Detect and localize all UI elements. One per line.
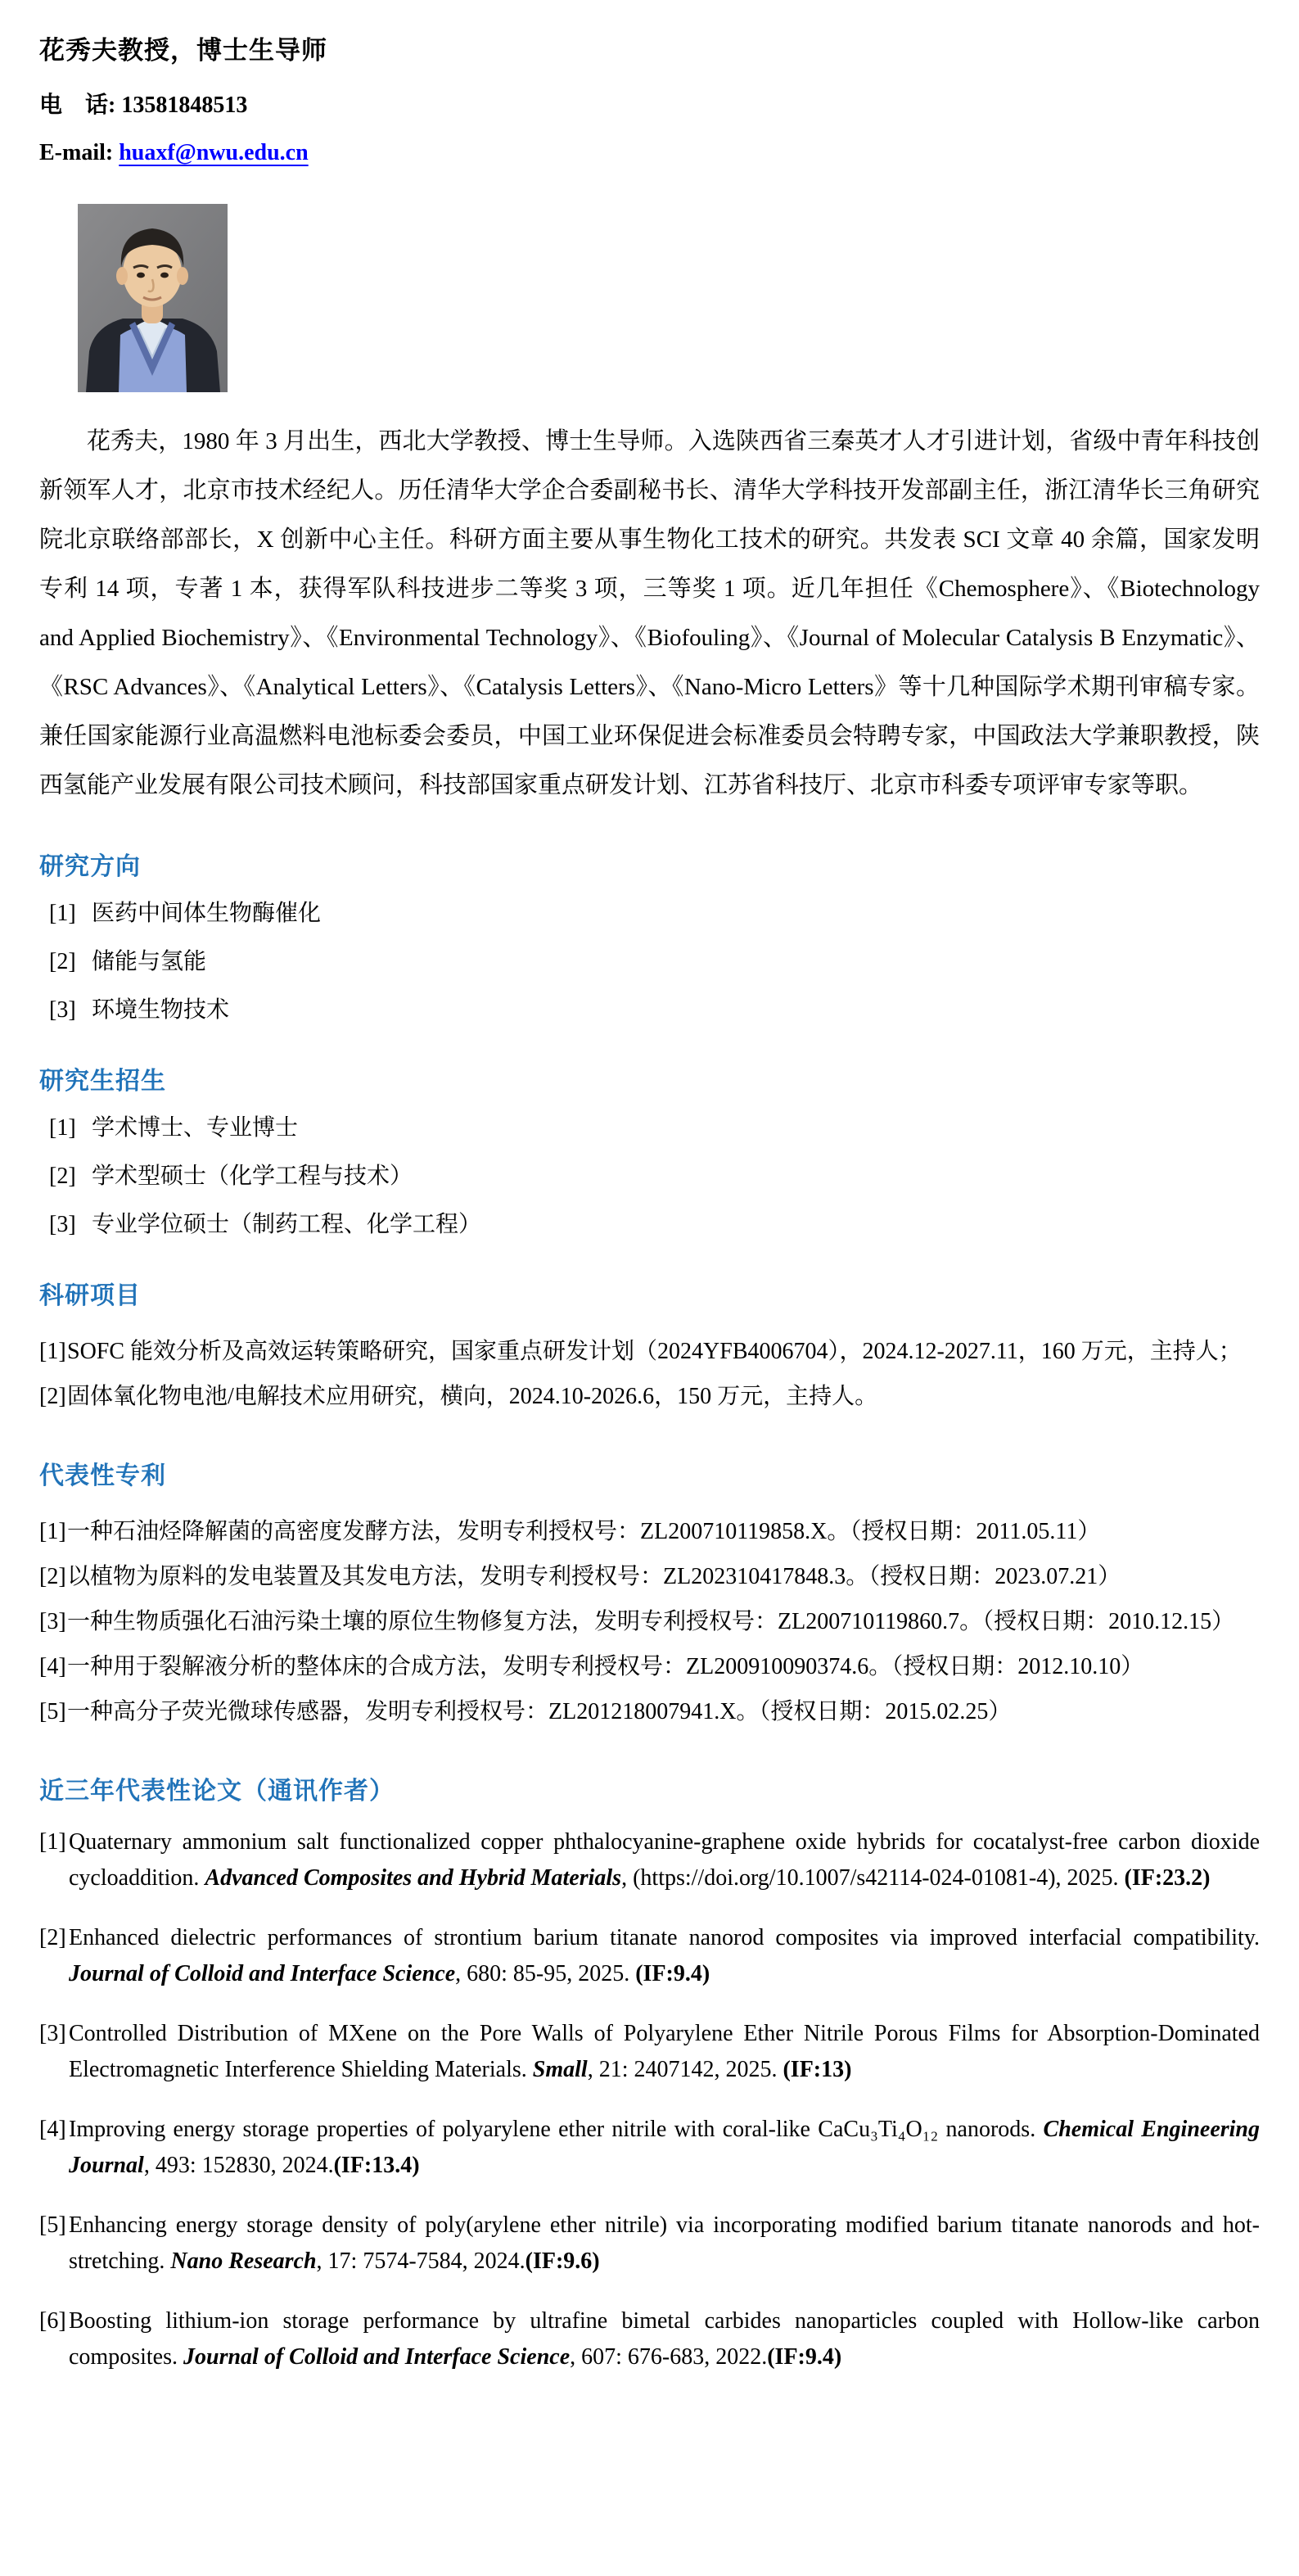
- paper-citation: Controlled Distribution of MXene on the …: [69, 2016, 1260, 2088]
- paper-segment: , 493: 152830, 2024.: [144, 2153, 334, 2178]
- item-text: 一种用于裂解液分析的整体床的合成方法，发明专利授权号：ZL20091009037…: [67, 1644, 1260, 1689]
- paper-segment: , 680: 85-95, 2025.: [455, 1961, 635, 1986]
- item-number: [3]: [49, 1211, 92, 1239]
- list-item: [4] 一种用于裂解液分析的整体床的合成方法，发明专利授权号：ZL2009100…: [39, 1644, 1260, 1689]
- item-number: [1]: [39, 1509, 67, 1554]
- patents-list: [1] 一种石油烃降解菌的高密度发酵方法，发明专利授权号：ZL200710119…: [39, 1509, 1260, 1734]
- item-number: [1]: [39, 1824, 69, 1860]
- item-text: 一种生物质强化石油污染土壤的原位生物修复方法，发明专利授权号：ZL2007101…: [67, 1599, 1260, 1644]
- list-item: [1] 学术博士、专业博士: [39, 1114, 1260, 1142]
- paper-segment: (IF:9.6): [525, 2248, 600, 2274]
- section-projects: 科研项目 [1] SOFC 能效分析及高效运转策略研究，国家重点研发计划（202…: [39, 1275, 1260, 1419]
- paper-segment: (IF:9.4): [635, 1961, 710, 1986]
- item-number: [6]: [39, 2303, 69, 2339]
- paper-segment: Journal of Colloid and Interface Science: [183, 2344, 570, 2370]
- list-item: [1] 一种石油烃降解菌的高密度发酵方法，发明专利授权号：ZL200710119…: [39, 1509, 1260, 1554]
- paper-segment: (IF:9.4): [767, 2344, 841, 2370]
- paper-citation: Boosting lithium-ion storage performance…: [69, 2303, 1260, 2375]
- email-line: E-mail: huaxf@nwu.edu.cn: [39, 140, 1260, 166]
- biography-paragraph: 花秀夫，1980 年 3 月出生，西北大学教授、博士生导师。入选陕西省三秦英才人…: [39, 417, 1260, 810]
- list-item: [3] 环境生物技术: [39, 997, 1260, 1024]
- paper-segment: Improving energy storage properties of p…: [69, 2117, 1044, 2142]
- list-item: [4] Improving energy storage properties …: [39, 2112, 1260, 2184]
- phone-line: 电 话: 13581848513: [39, 87, 1260, 120]
- section-research-directions: 研究方向 [1] 医药中间体生物酶催化 [2] 储能与氢能 [3] 环境生物技术: [39, 846, 1260, 1024]
- list-item: [2] 储能与氢能: [39, 948, 1260, 976]
- email-link[interactable]: huaxf@nwu.edu.cn: [119, 140, 308, 165]
- item-text: 储能与氢能: [92, 948, 1260, 976]
- list-item: [3] 专业学位硕士（制药工程、化学工程）: [39, 1211, 1260, 1239]
- item-number: [2]: [49, 948, 92, 976]
- email-label: E-mail:: [39, 140, 113, 165]
- paper-citation: Quaternary ammonium salt functionalized …: [69, 1824, 1260, 1896]
- projects-list: [1] SOFC 能效分析及高效运转策略研究，国家重点研发计划（2024YFB4…: [39, 1329, 1260, 1419]
- list-item: [1] 医药中间体生物酶催化: [39, 900, 1260, 928]
- paper-citation: Enhanced dielectric performances of stro…: [69, 1920, 1260, 1992]
- paper-segment: Small: [533, 2057, 588, 2082]
- item-text: 学术型硕士（化学工程与技术）: [92, 1163, 1260, 1191]
- item-text: SOFC 能效分析及高效运转策略研究，国家重点研发计划（2024YFB40067…: [67, 1329, 1260, 1374]
- paper-segment: (IF:13.4): [334, 2153, 420, 2178]
- item-number: [1]: [39, 1329, 67, 1374]
- section-title-patents: 代表性专利: [39, 1455, 1260, 1491]
- item-number: [2]: [39, 1374, 67, 1419]
- paper-segment: Enhanced dielectric performances of stro…: [69, 1925, 1260, 1950]
- item-text: 医药中间体生物酶催化: [92, 900, 1260, 928]
- item-number: [4]: [39, 1644, 67, 1689]
- item-number: [2]: [49, 1163, 92, 1191]
- item-text: 专业学位硕士（制药工程、化学工程）: [92, 1211, 1260, 1239]
- section-patents: 代表性专利 [1] 一种石油烃降解菌的高密度发酵方法，发明专利授权号：ZL200…: [39, 1455, 1260, 1734]
- item-number: [4]: [39, 2112, 69, 2148]
- item-number: [3]: [39, 2016, 69, 2052]
- section-papers: 近三年代表性论文（通讯作者） [1] Quaternary ammonium s…: [39, 1770, 1260, 2375]
- item-number: [1]: [49, 900, 92, 928]
- item-text: 环境生物技术: [92, 997, 1260, 1024]
- list-item: [2] 学术型硕士（化学工程与技术）: [39, 1163, 1260, 1191]
- item-number: [5]: [39, 1689, 67, 1734]
- section-recruitment: 研究生招生 [1] 学术博士、专业博士 [2] 学术型硕士（化学工程与技术） […: [39, 1060, 1260, 1239]
- phone-label: 电 话:: [39, 93, 115, 118]
- paper-segment: (IF:23.2): [1125, 1865, 1211, 1891]
- paper-segment: Advanced Composites and Hybrid Materials: [205, 1865, 621, 1891]
- list-item: [3] Controlled Distribution of MXene on …: [39, 2016, 1260, 2088]
- paper-segment: (IF:13): [783, 2057, 851, 2082]
- paper-segment: , 21: 2407142, 2025.: [588, 2057, 783, 2082]
- item-text: 固体氧化物电池/电解技术应用研究，横向，2024.10-2026.6，150 万…: [67, 1374, 1260, 1419]
- section-title-projects: 科研项目: [39, 1275, 1260, 1311]
- item-text: 以植物为原料的发电装置及其发电方法，发明专利授权号：ZL202310417848…: [67, 1554, 1260, 1599]
- item-text: 学术博士、专业博士: [92, 1114, 1260, 1142]
- paper-segment: Journal of Colloid and Interface Science: [69, 1961, 455, 1986]
- papers-list: [1] Quaternary ammonium salt functionali…: [39, 1824, 1260, 2375]
- section-title-recruitment: 研究生招生: [39, 1060, 1260, 1096]
- research-directions-list: [1] 医药中间体生物酶催化 [2] 储能与氢能 [3] 环境生物技术: [39, 900, 1260, 1024]
- item-number: [1]: [49, 1114, 92, 1142]
- item-number: [3]: [39, 1599, 67, 1644]
- item-text: 一种石油烃降解菌的高密度发酵方法，发明专利授权号：ZL200710119858.…: [67, 1509, 1260, 1554]
- header-block: 花秀夫教授，博士生导师 电 话: 13581848513 E-mail: hua…: [39, 29, 1260, 166]
- list-item: [1] Quaternary ammonium salt functionali…: [39, 1824, 1260, 1896]
- item-number: [2]: [39, 1554, 67, 1599]
- profile-photo: [78, 204, 228, 392]
- list-item: [2] 以植物为原料的发电装置及其发电方法，发明专利授权号：ZL20231041…: [39, 1554, 1260, 1599]
- cv-document-page: 花秀夫教授，博士生导师 电 话: 13581848513 E-mail: hua…: [0, 0, 1299, 2576]
- profile-photo-image: [78, 204, 228, 392]
- paper-segment: , (https://doi.org/10.1007/s42114-024-01…: [621, 1865, 1124, 1891]
- paper-segment: , 607: 676-683, 2022.: [570, 2344, 767, 2370]
- page-title: 花秀夫教授，博士生导师: [39, 29, 1260, 66]
- item-text: 一种高分子荧光微球传感器，发明专利授权号：ZL201218007941.X。（授…: [67, 1689, 1260, 1734]
- list-item: [1] SOFC 能效分析及高效运转策略研究，国家重点研发计划（2024YFB4…: [39, 1329, 1260, 1374]
- paper-citation: Improving energy storage properties of p…: [69, 2112, 1260, 2184]
- paper-segment: , 17: 7574-7584, 2024.: [317, 2248, 525, 2274]
- list-item: [2] Enhanced dielectric performances of …: [39, 1920, 1260, 1992]
- paper-segment: Nano Research: [170, 2248, 316, 2274]
- list-item: [5] Enhancing energy storage density of …: [39, 2208, 1260, 2280]
- item-number: [5]: [39, 2208, 69, 2244]
- list-item: [3] 一种生物质强化石油污染土壤的原位生物修复方法，发明专利授权号：ZL200…: [39, 1599, 1260, 1644]
- section-title-research-directions: 研究方向: [39, 846, 1260, 882]
- recruitment-list: [1] 学术博士、专业博士 [2] 学术型硕士（化学工程与技术） [3] 专业学…: [39, 1114, 1260, 1239]
- list-item: [2] 固体氧化物电池/电解技术应用研究，横向，2024.10-2026.6，1…: [39, 1374, 1260, 1419]
- section-title-papers: 近三年代表性论文（通讯作者）: [39, 1770, 1260, 1806]
- item-number: [2]: [39, 1920, 69, 1956]
- phone-number: 13581848513: [121, 93, 247, 118]
- paper-citation: Enhancing energy storage density of poly…: [69, 2208, 1260, 2280]
- list-item: [5] 一种高分子荧光微球传感器，发明专利授权号：ZL201218007941.…: [39, 1689, 1260, 1734]
- list-item: [6] Boosting lithium-ion storage perform…: [39, 2303, 1260, 2375]
- item-number: [3]: [49, 997, 92, 1024]
